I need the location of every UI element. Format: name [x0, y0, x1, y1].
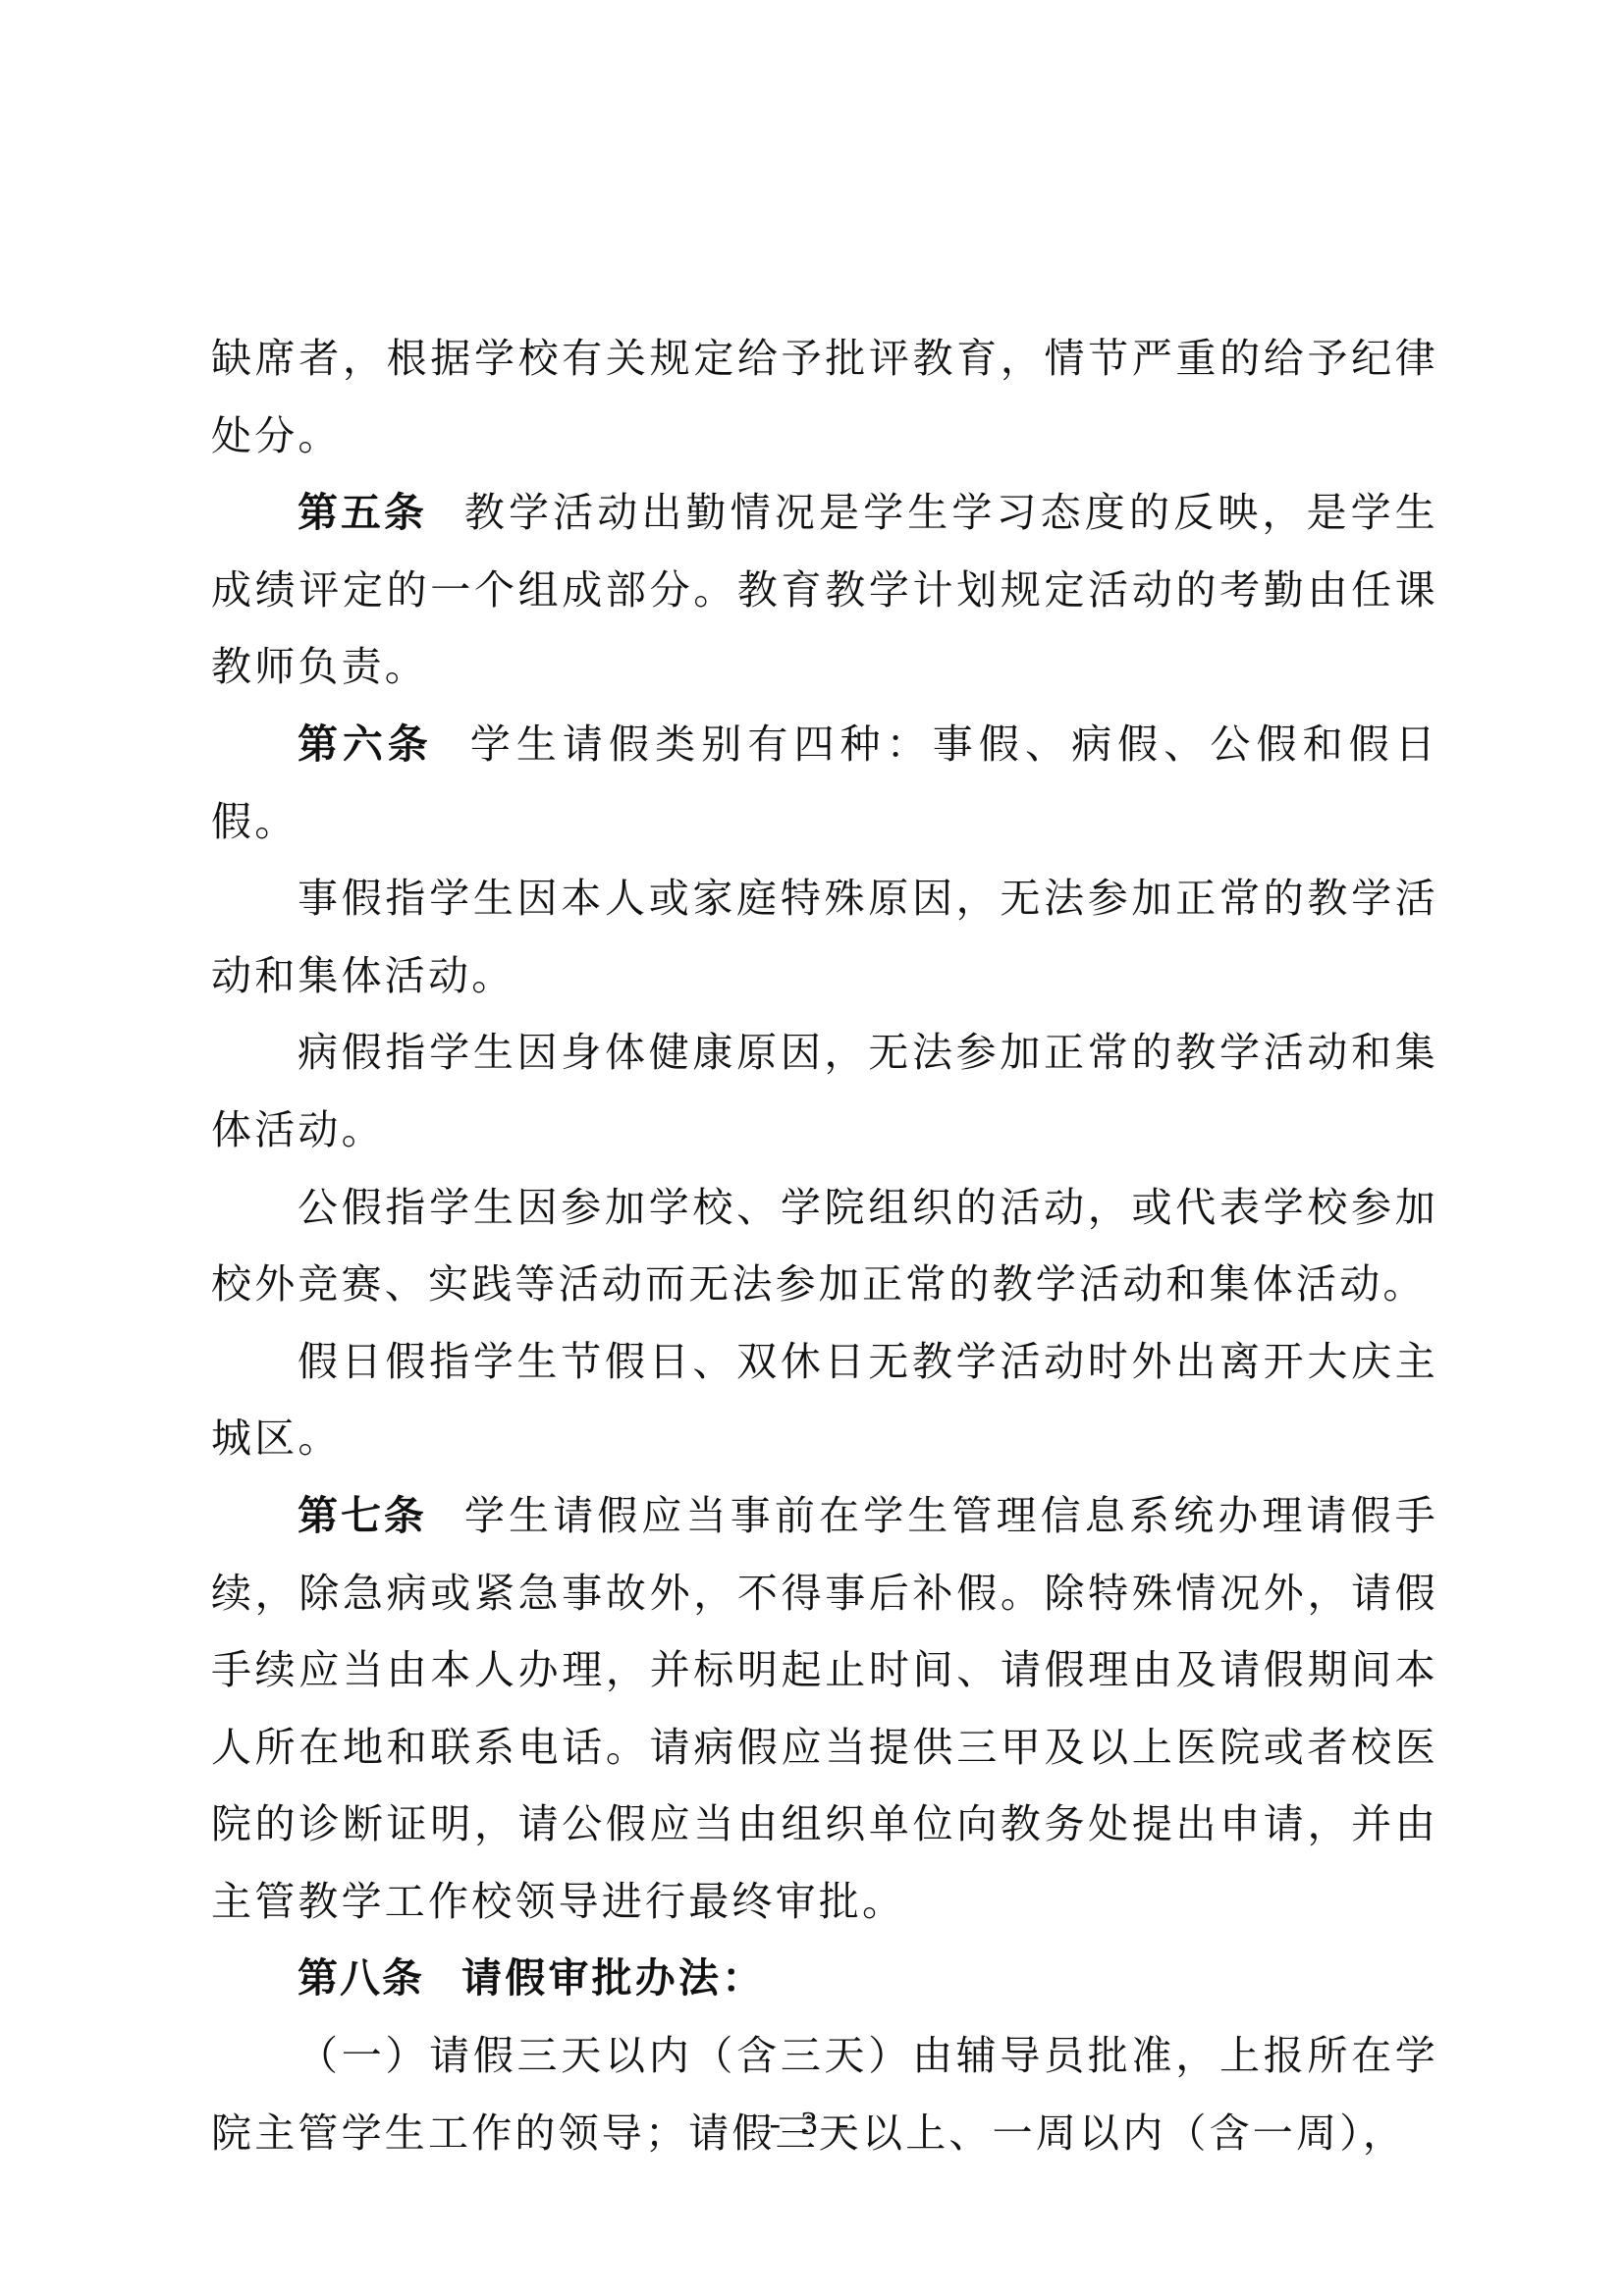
page-number: - 3 -: [0, 2106, 1624, 2143]
article-number: 第七条: [298, 1492, 427, 1539]
paragraph-sick-leave: 病假指学生因身体健康原因，无法参加正常的教学活动和集体活动。: [211, 1014, 1438, 1168]
article-number: 第五条: [298, 489, 427, 536]
paragraph-approval-item-1: （一）请假三天以内（含三天）由辅导员批准，上报所在学院主管学生工作的领导；请假三…: [211, 2017, 1438, 2171]
paragraph-text: 公假指学生因参加学校、学院组织的活动，或代表学校参加校外竞赛、实践等活动而无法参…: [211, 1184, 1438, 1308]
article-6: 第六条学生请假类别有四种：事假、病假、公假和假日假。: [211, 706, 1438, 860]
paragraph-text: 病假指学生因身体健康原因，无法参加正常的教学活动和集体活动。: [211, 1029, 1438, 1153]
paragraph-text: 缺席者，根据学校有关规定给予批评教育，情节严重的给予纪律处分。: [211, 335, 1438, 459]
article-heading: 请假审批办法：: [461, 1954, 765, 2002]
paragraph-text: 事假指学生因本人或家庭特殊原因，无法参加正常的教学活动和集体活动。: [211, 875, 1438, 999]
article-8: 第八条请假审批办法：: [211, 1940, 1438, 2017]
paragraph-holiday-leave: 假日假指学生节假日、双休日无教学活动时外出离开大庆主城区。: [211, 1323, 1438, 1477]
document-page: 缺席者，根据学校有关规定给予批评教育，情节严重的给予纪律处分。 第五条教学活动出…: [0, 0, 1624, 2296]
paragraph-text: 学生请假应当事前在学生管理信息系统办理请假手续，除急病或紧急事故外，不得事后补假…: [211, 1492, 1438, 1925]
article-number: 第六条: [298, 721, 433, 768]
article-number: 第八条: [298, 1954, 424, 2002]
paragraph-official-leave: 公假指学生因参加学校、学院组织的活动，或代表学校参加校外竞赛、实践等活动而无法参…: [211, 1169, 1438, 1323]
paragraph-text: 假日假指学生节假日、双休日无教学活动时外出离开大庆主城区。: [211, 1338, 1438, 1463]
article-5: 第五条教学活动出勤情况是学生学习态度的反映，是学生成绩评定的一个组成部分。教育教…: [211, 474, 1438, 706]
article-7: 第七条学生请假应当事前在学生管理信息系统办理请假手续，除急病或紧急事故外，不得事…: [211, 1477, 1438, 1941]
document-body: 缺席者，根据学校有关规定给予批评教育，情节严重的给予纪律处分。 第五条教学活动出…: [211, 320, 1438, 2171]
paragraph-personal-leave: 事假指学生因本人或家庭特殊原因，无法参加正常的教学活动和集体活动。: [211, 860, 1438, 1014]
paragraph-continuation: 缺席者，根据学校有关规定给予批评教育，情节严重的给予纪律处分。: [211, 320, 1438, 474]
